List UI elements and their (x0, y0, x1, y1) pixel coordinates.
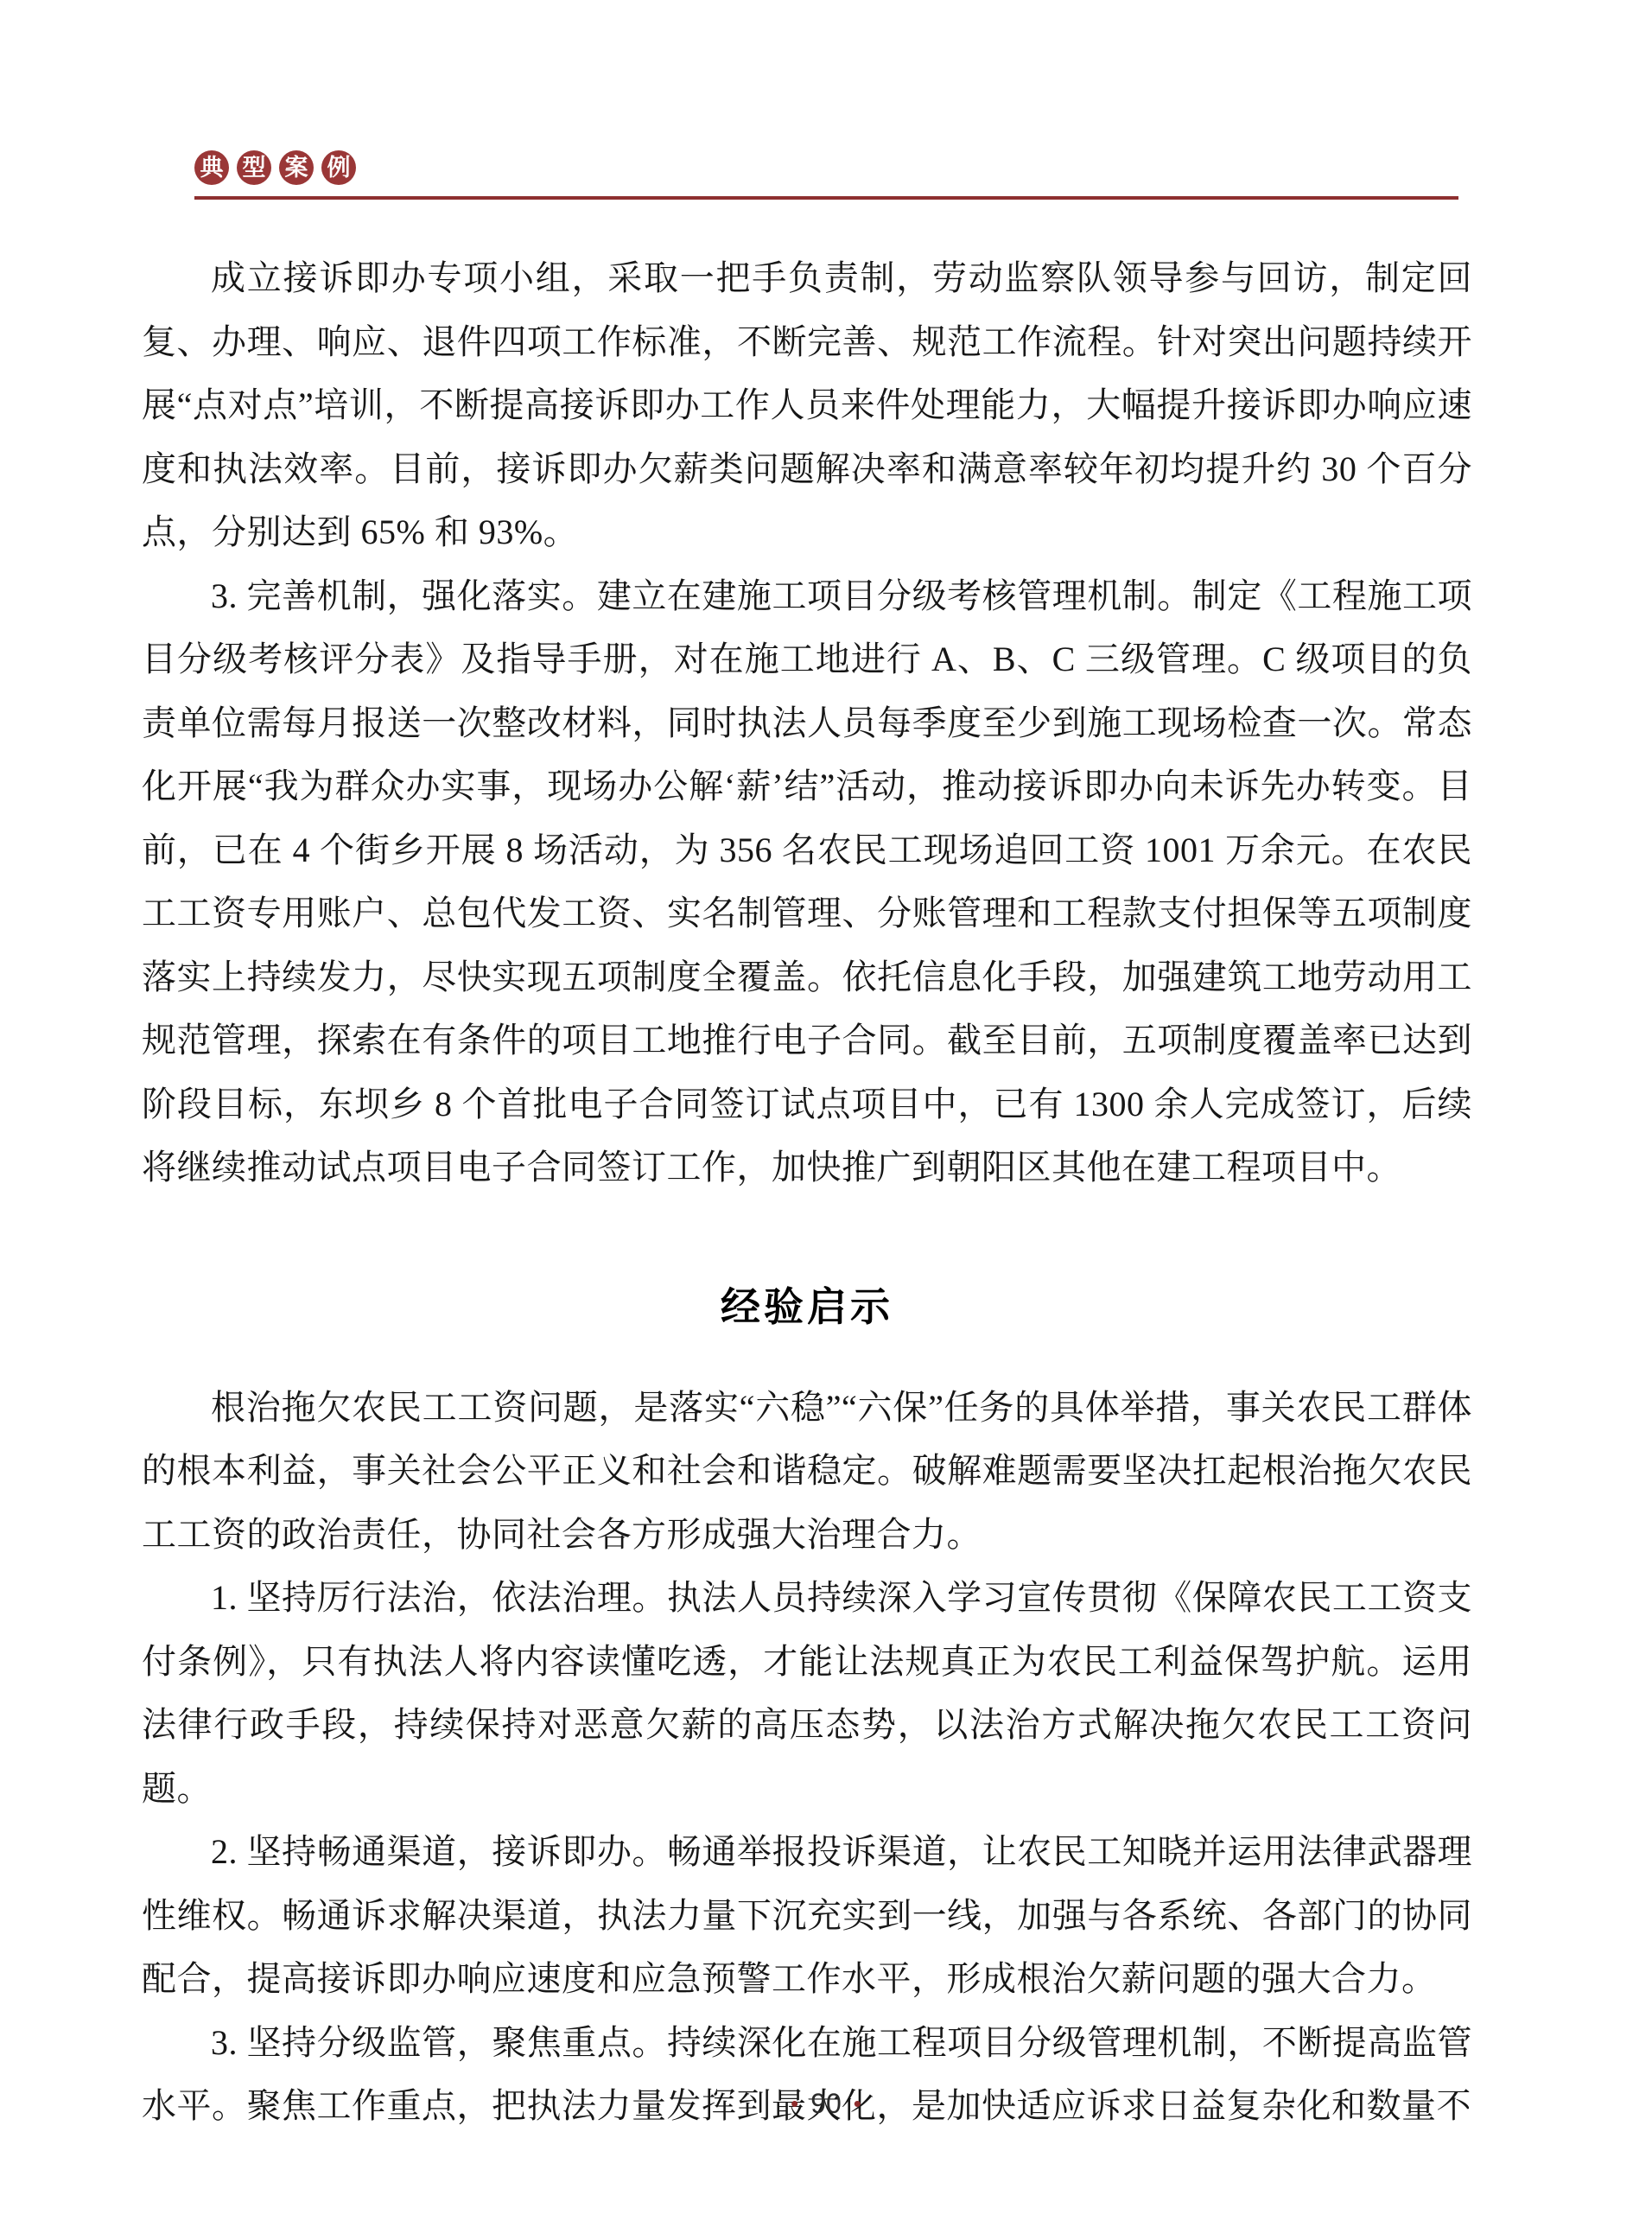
body-paragraph-4: 1. 坚持厉行法治，依法治理。执法人员持续深入学习宣传贯彻《保障农民工工资支付条… (142, 1566, 1472, 1820)
page-number: 90 (810, 2088, 842, 2119)
body-paragraph-3: 根治拖欠农民工工资问题，是落实“六稳”“六保”任务的具体举措，事关农民工群体的根… (142, 1376, 1472, 1567)
page-footer: •90• (0, 2088, 1652, 2119)
document-body: 成立接诉即办专项小组，采取一把手负责制，劳动监察队领导参与回访，制定回复、办理、… (142, 246, 1472, 2138)
footer-bullet-left: • (778, 2090, 810, 2116)
header-badge: 典 型 案 例 (194, 150, 1458, 185)
badge-circle-2: 型 (237, 150, 271, 185)
footer-bullet-right: • (842, 2090, 874, 2116)
body-paragraph-5: 2. 坚持畅通渠道，接诉即办。畅通举报投诉渠道，让农民工知晓并运用法律武器理性维… (142, 1820, 1472, 2011)
body-paragraph-1: 成立接诉即办专项小组，采取一把手负责制，劳动监察队领导参与回访，制定回复、办理、… (142, 246, 1472, 564)
badge-circle-4: 例 (321, 150, 356, 185)
badge-circle-1: 典 (194, 150, 229, 185)
body-paragraph-2: 3. 完善机制，强化落实。建立在建施工项目分级考核管理机制。制定《工程施工项目分… (142, 564, 1472, 1200)
header-rule (194, 196, 1458, 200)
section-heading: 经验启示 (142, 1284, 1472, 1329)
page-header: 典 型 案 例 (194, 150, 1458, 200)
badge-circle-3: 案 (279, 150, 314, 185)
document-page: 典 型 案 例 成立接诉即办专项小组，采取一把手负责制，劳动监察队领导参与回访，… (0, 0, 1652, 2240)
